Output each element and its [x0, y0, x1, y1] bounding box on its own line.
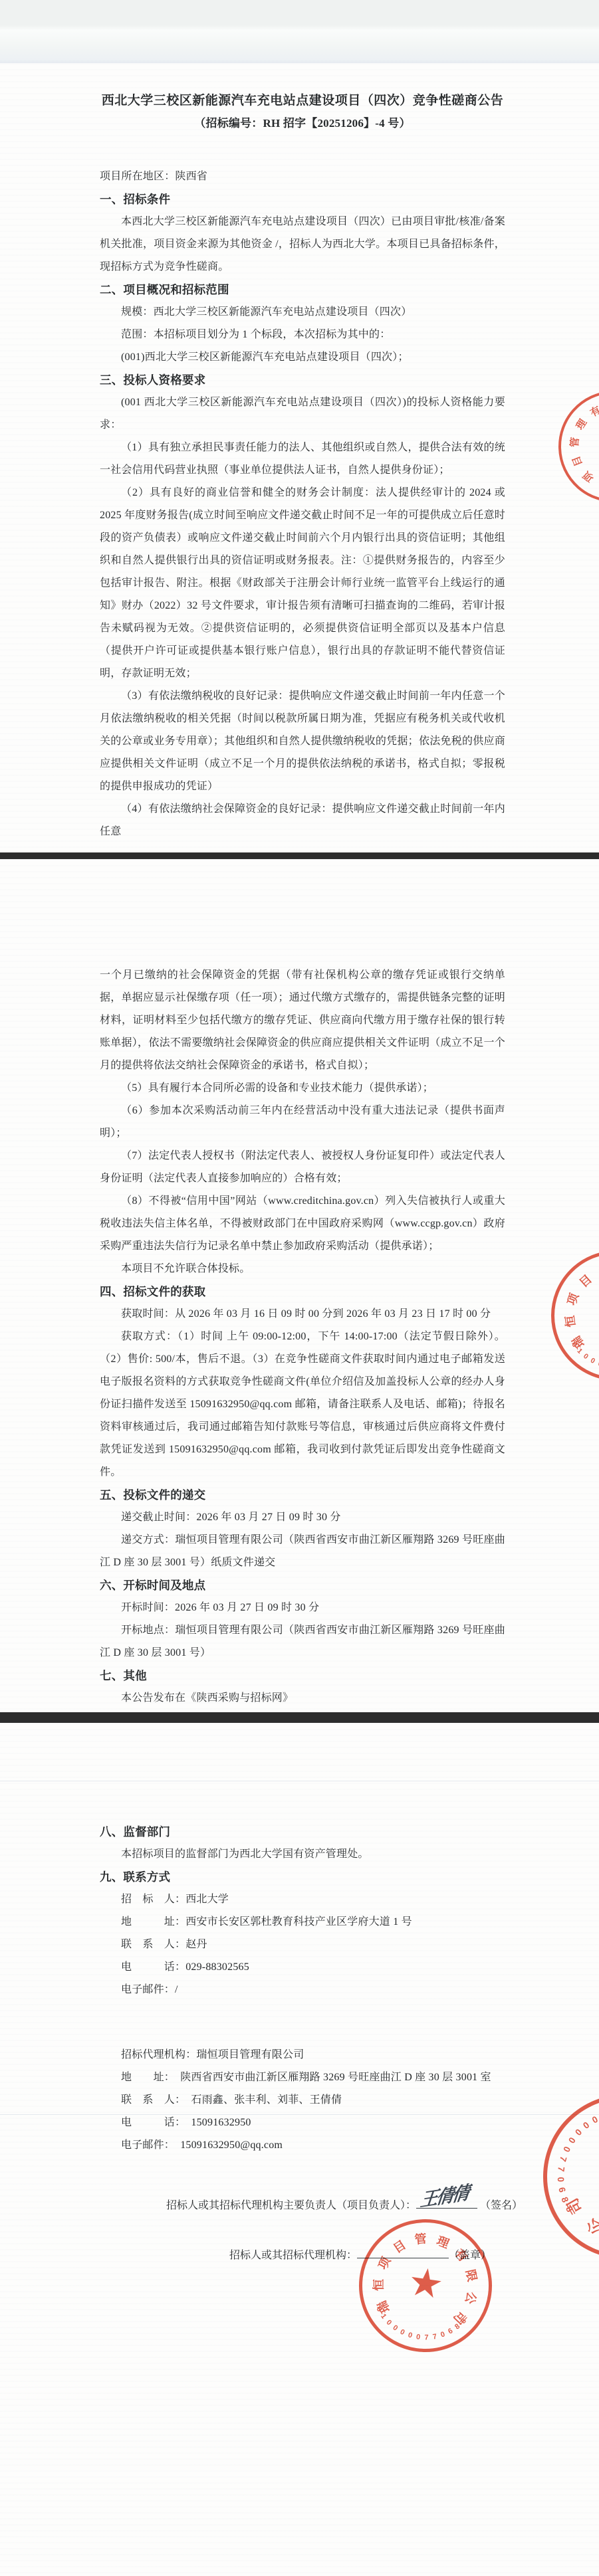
paragraph: 规模：西北大学三校区新能源汽车充电站点建设项目（四次）: [100, 301, 505, 324]
seal-number-digit: 0: [392, 2324, 399, 2332]
paragraph: 地 址：西安市长安区郭杜教育科技产业区学府大道 1 号: [100, 1911, 505, 1933]
seal-company-char: 管: [570, 437, 581, 448]
paragraph: 招 标 人：西北大学: [100, 1888, 505, 1911]
paragraph: 项目所在地区：陕西省: [100, 165, 505, 188]
agency-seal-row: 招标人或其招标代理机构：（盖章）: [0, 2244, 599, 2267]
seal-star-icon: ★: [592, 427, 599, 466]
principal-signature-label: 招标人或其招标代理机构主要负责人（项目负责人）：: [166, 2200, 416, 2211]
page-1: 西北大学三校区新能源汽车充电站点建设项目（四次）竞争性磋商公告（招标编号：RH …: [0, 63, 599, 852]
page-2-content: 一个月已缴纳的社会保障资金的凭据（带有社保机构公章的缴存凭证或银行交纳单据，单据…: [0, 859, 599, 1710]
section-heading: 三、投标人资格要求: [100, 369, 505, 391]
paragraph: 电子邮件： 15091632950@qq.com: [100, 2134, 505, 2157]
seal-company-char: 目: [571, 454, 584, 468]
seal-company-char: 恒: [373, 2279, 385, 2291]
section-heading: 七、其他: [100, 1664, 505, 1687]
seal-company-char: 管: [414, 2232, 427, 2246]
seal-number-digit: 0: [573, 2127, 583, 2137]
sign-suffix-label: （签名）: [480, 2200, 523, 2211]
seal-number-digit: 0: [556, 2177, 565, 2182]
paragraph: （7）法定代表人授权书（附法定代表人、被授权人身份证复印件）或法定代表人身份证明…: [100, 1145, 505, 1190]
scanned-tender-document: { "document": { "title": "西北大学三校区新能源汽车充电…: [0, 0, 599, 2576]
paragraph: (001 西北大学三校区新能源汽车充电站点建设项目（四次）)的投标人资格能力要求…: [100, 391, 505, 437]
page-2: 一个月已缴纳的社会保障资金的凭据（带有社保机构公章的缴存凭证或银行交纳单据，单据…: [0, 859, 599, 1712]
paragraph: 本公告发布在《陕西采购与招标网》: [100, 1687, 505, 1710]
paragraph: 一个月已缴纳的社会保障资金的凭据（带有社保机构公章的缴存凭证或银行交纳单据，单据…: [100, 964, 505, 1077]
agency-seal-label: 招标人或其招标代理机构：: [229, 2250, 357, 2261]
paragraph: 招标代理机构：瑞恒项目管理有限公司: [100, 2044, 505, 2066]
seal-number-digit: 0: [399, 2328, 406, 2336]
paragraph: 递交截止时间：2026 年 03 月 27 日 09 时 30 分: [100, 1506, 505, 1529]
section-heading: 八、监督部门: [100, 1821, 505, 1843]
paragraph: 获取时间：从 2026 年 03 月 16 日 09 时 00 分到 2026 …: [100, 1303, 505, 1326]
seal-number-digit: 0: [440, 2331, 446, 2339]
page-1-content: 西北大学三校区新能源汽车充电站点建设项目（四次）竞争性磋商公告（招标编号：RH …: [0, 63, 599, 843]
seal-number-digit: 7: [556, 2166, 566, 2172]
paragraph: 电 话：029-88302565: [100, 1956, 505, 1979]
seal-company-char: 公: [584, 2215, 599, 2236]
paragraph: （3）有依法缴纳税收的良好记录：提供响应文件递交截止时间前一年内任意一个月依法缴…: [100, 685, 505, 798]
paragraph: （6）参加本次采购活动前三年内在经营活动中没有重大违法记录（提供书面声明）；: [100, 1100, 505, 1145]
seal-company-char: 恒: [564, 1315, 578, 1328]
seal-number-digit: 0: [416, 2333, 421, 2341]
scan-top-margin: [0, 0, 599, 63]
paragraph: 地 址： 陕西省西安市曲江新区雁翔路 3269 号旺座曲江 D 座 30 层 3…: [100, 2066, 505, 2089]
seal-number-digit: 0: [589, 1357, 596, 1365]
paragraph: 获取方式：（1）时间 上午 09:00-12:00，下午 14:00-17:00…: [100, 1326, 505, 1484]
seal-number-digit: 7: [558, 2155, 568, 2163]
paragraph: （8）不得被“信用中国”网站（www.creditchina.gov.cn）列入…: [100, 1190, 505, 1258]
seal-number-digit: 7: [424, 2334, 428, 2341]
section-heading: 六、开标时间及地点: [100, 1574, 505, 1597]
seal-number-digit: 0: [582, 1353, 589, 1361]
page-3-content: 八、监督部门本招标项目的监督部门为西北大学国有资产管理处。九、联系方式招 标 人…: [0, 1723, 599, 2157]
section-heading: 四、招标文件的获取: [100, 1280, 505, 1303]
seal-star-icon: ★: [596, 2147, 599, 2207]
seal-number-digit: 0: [561, 2145, 571, 2153]
paragraph: 开标时间：2026 年 03 月 27 日 09 时 30 分: [100, 1597, 505, 1619]
seal-company-char: 理: [574, 417, 588, 431]
seal-number-digit: 0: [407, 2331, 413, 2339]
section-heading: 二、项目概况和招标范围: [100, 278, 505, 301]
paragraph: 本西北大学三校区新能源汽车充电站点建设项目（四次）已由项目审批/核准/备案机关批…: [100, 211, 505, 278]
page-3: 八、监督部门本招标项目的监督部门为西北大学国有资产管理处。九、联系方式招 标 人…: [0, 1723, 599, 2576]
section-heading: 九、联系方式: [100, 1866, 505, 1888]
company-seal: 瑞恒项目管理有限公司6100000770688★: [350, 2211, 501, 2361]
seal-company-char: 公: [463, 2290, 478, 2305]
paragraph: （1）具有独立承担民事责任能力的法人、其他组织或自然人，提供合法有效的统一社会信…: [100, 437, 505, 482]
section-heading: 五、投标文件的递交: [100, 1484, 505, 1506]
seal-company-char: 项: [566, 1292, 581, 1307]
seal-company-char: 项: [582, 469, 596, 483]
page-separator: [0, 852, 599, 859]
paragraph: 电子邮件：/: [100, 1979, 505, 2001]
seal-company-char: 理: [435, 2234, 450, 2250]
seal-number-digit: 6: [557, 2187, 567, 2193]
paragraph: (001)西北大学三校区新能源汽车充电站点建设项目（四次）；: [100, 346, 505, 369]
paragraph: 范围：本招标项目划分为 1 个标段，本次招标为其中的：: [100, 324, 505, 346]
paragraph: （4）有依法缴纳社会保障资金的良好记录：提供响应文件递交截止时间前一年内任意: [100, 798, 505, 843]
seal-company-char: 有: [453, 2247, 469, 2264]
seal-company-char: 目: [578, 1273, 594, 1290]
seal-star-icon: ★: [406, 2262, 445, 2306]
signature-line: 王倩倩: [416, 2197, 477, 2209]
page-separator: [0, 1712, 599, 1723]
paragraph: （5）具有履行本合同所必需的设备和专业技术能力（提供承诺）；: [100, 1077, 505, 1100]
paragraph: （2）具有良好的商业信誉和健全的财务会计制度：法人提供经审计的 2024 或 2…: [100, 482, 505, 685]
principal-signature-row: 招标人或其招标代理机构主要负责人（项目负责人）：王倩倩 （签名）: [0, 2195, 599, 2217]
seal-number-digit: 0: [581, 2120, 590, 2130]
paragraph: 递交方式：瑞恒项目管理有限公司（陕西省西安市曲江新区雁翔路 3269 号旺座曲江…: [100, 1529, 505, 1574]
paragraph: 联 系 人： 石雨鑫、张丰利、刘菲、王倩倩: [100, 2089, 505, 2112]
paragraph: 开标地点：瑞恒项目管理有限公司（陕西省西安市曲江新区雁翔路 3269 号旺座曲江…: [100, 1619, 505, 1664]
seal-company-char: 目: [392, 2238, 408, 2255]
paragraph: 本项目不允许联合体投标。: [100, 1258, 505, 1280]
section-heading: 一、招标条件: [100, 188, 505, 211]
seal-company-char: 项: [376, 2255, 392, 2271]
seal-number-digit: 0: [566, 2135, 576, 2145]
seal-company-char: 限: [464, 2268, 479, 2283]
handwritten-signature: 王倩倩: [419, 2181, 469, 2212]
tender-number: （招标编号：RH 招字【20251206】-4 号）: [100, 112, 505, 135]
paragraph: 本招标项目的监督部门为西北大学国有资产管理处。: [100, 1843, 505, 1866]
seal-number-digit: 7: [432, 2333, 437, 2341]
paragraph: 电 话： 15091632950: [100, 2112, 505, 2134]
paragraph: 联 系 人：赵丹: [100, 1933, 505, 1956]
seal-number-digit: 0: [590, 2114, 599, 2125]
seal-number-digit: 6: [447, 2328, 455, 2335]
seal-company-char: 有: [589, 405, 599, 419]
seal-number-digit: 0: [385, 2319, 393, 2327]
document-title: 西北大学三校区新能源汽车充电站点建设项目（四次）竞争性磋商公告: [100, 90, 505, 112]
